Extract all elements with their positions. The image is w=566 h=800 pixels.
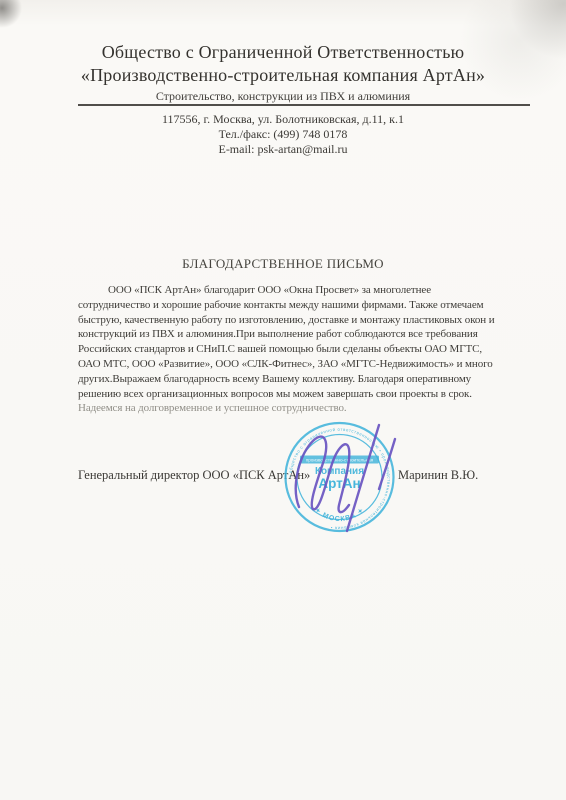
- org-name-line2: «Производственно-строительная компания А…: [0, 65, 566, 86]
- body-line: конструкций из ПВХ и алюминия.При выполн…: [78, 327, 502, 342]
- signature-stroke-tail: [379, 439, 395, 489]
- body-line: быструю, качественную работу по изготовл…: [78, 313, 502, 328]
- scanned-letter-page: Общество с Ограниченной Ответственностью…: [0, 0, 566, 800]
- handwritten-signature: [283, 411, 418, 541]
- body-line: Российских стандартов и СНиП.С вашей пом…: [78, 342, 502, 357]
- contact-block: 117556, г. Москва, ул. Болотниковская, д…: [0, 112, 566, 157]
- body-line: сотрудничество и хорошие рабочие контакт…: [78, 298, 502, 313]
- letter-body: ООО «ПСК АртАн» благодарит ООО «Окна Про…: [78, 283, 502, 416]
- letter-title: БЛАГОДАРСТВЕННОЕ ПИСЬМО: [0, 256, 566, 272]
- header-divider: [78, 104, 530, 106]
- signatory-position: Генеральный директор ООО «ПСК АртАн»: [78, 468, 310, 483]
- email: E-mail: psk-artan@mail.ru: [0, 142, 566, 157]
- phone-fax: Тел./факс: (499) 748 0178: [0, 127, 566, 142]
- signature-stroke-loops: [296, 437, 350, 513]
- postal-address: 117556, г. Москва, ул. Болотниковская, д…: [0, 112, 566, 127]
- body-line: ООО «ПСК АртАн» благодарит ООО «Окна Про…: [78, 283, 502, 298]
- org-tagline: Строительство, конструкции из ПВХ и алюм…: [0, 89, 566, 104]
- body-line: других.Выражаем благодарность всему Ваше…: [78, 372, 502, 387]
- body-line: ОАО МТС, ООО «Развитие», ООО «СЛК-Фитнес…: [78, 357, 502, 372]
- body-line: решению всех организационных вопросов мы…: [78, 387, 502, 402]
- org-name-line1: Общество с Ограниченной Ответственностью: [0, 42, 566, 63]
- signature-stroke-slash: [347, 425, 379, 531]
